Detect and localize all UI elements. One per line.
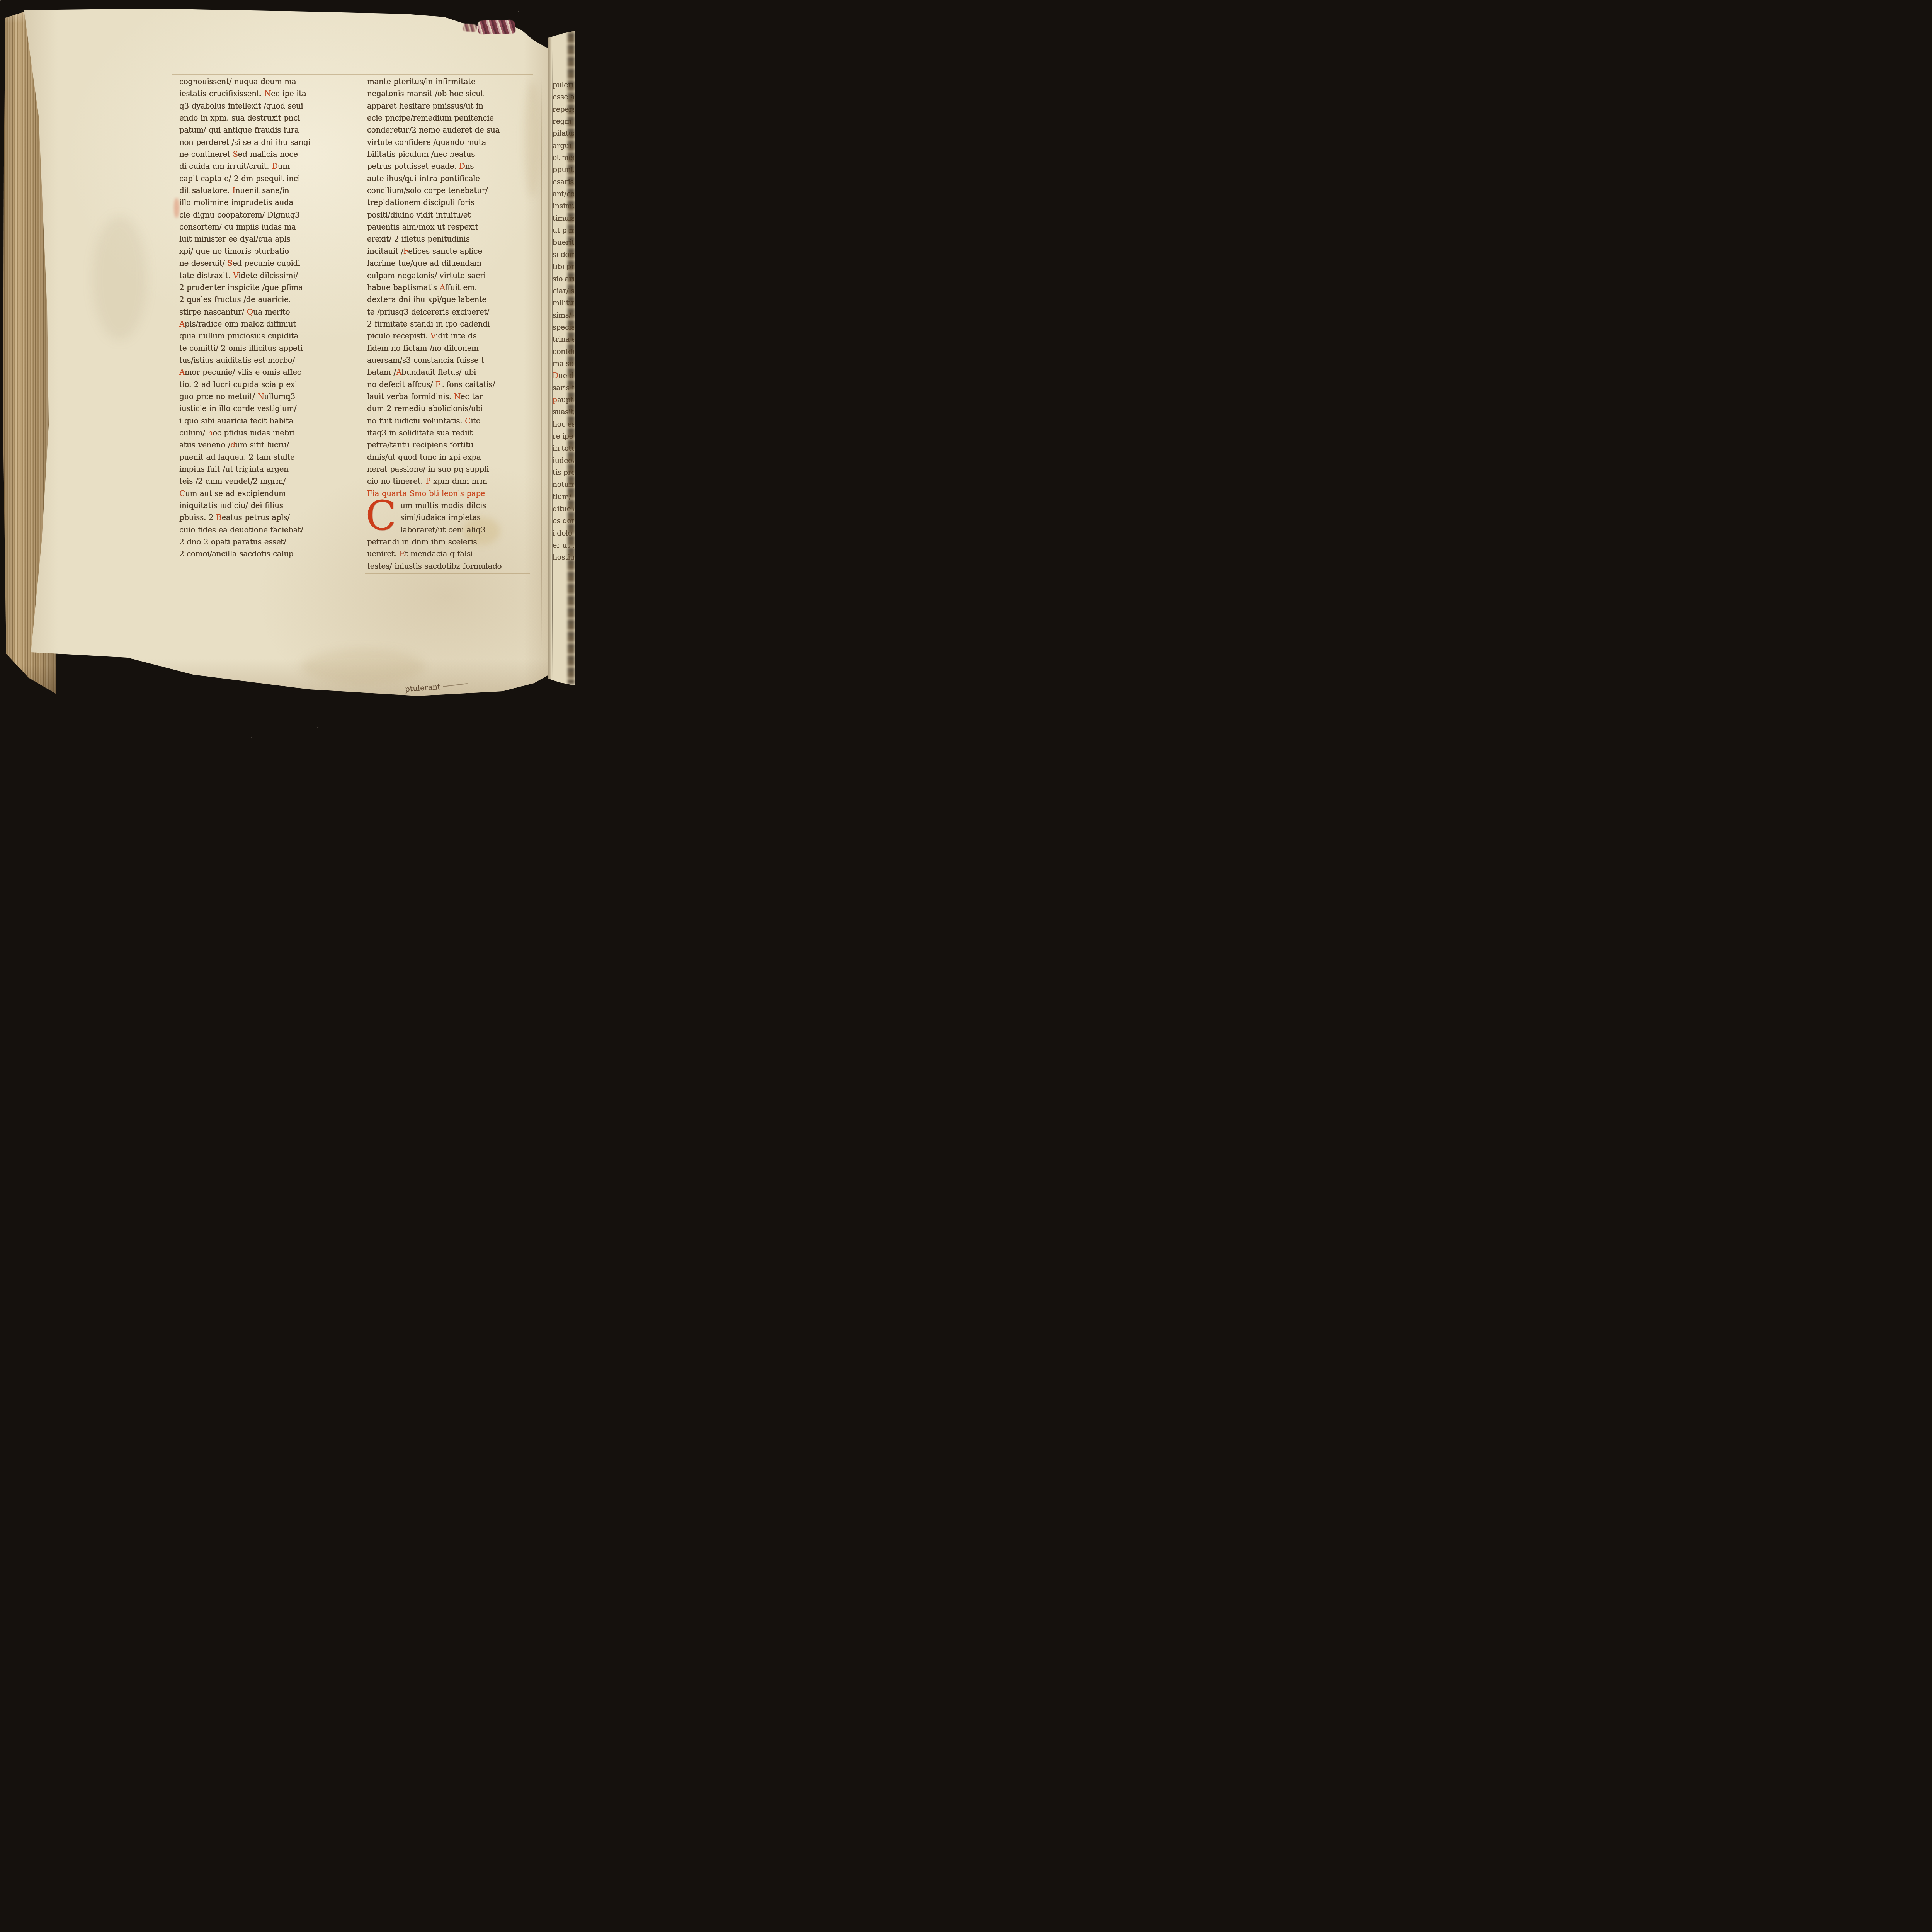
right-column-lines: mante pteritus/in infirmitatenegatonis m… bbox=[367, 76, 529, 488]
rubricated-letter: S bbox=[228, 259, 233, 268]
text-line: te /priusq3 deicereris exciperet/ bbox=[367, 306, 529, 318]
text-line: pauentis aim/mox ut respexit bbox=[367, 221, 529, 233]
rubricated-letter: A bbox=[440, 283, 445, 292]
text-line: ecie pncipe/remedium penitencie bbox=[367, 112, 529, 124]
text-line: endo in xpm. sua destruxit pnci bbox=[179, 112, 338, 124]
rubricated-letter: Q bbox=[247, 307, 253, 316]
text-line: te comitti/ 2 omis illicitus appeti bbox=[179, 342, 338, 354]
rubricated-letter: C bbox=[179, 489, 185, 498]
text-line: non perderet /si se a dni ihu sangi bbox=[179, 136, 338, 148]
text-line: virtute confidere /quando muta bbox=[367, 136, 529, 148]
bottom-stain bbox=[301, 649, 425, 684]
text-line: iusticie in illo corde vestigium/ bbox=[179, 403, 338, 415]
text-line: petrus potuisset euade. Dns bbox=[367, 160, 529, 172]
text-line: cie dignu coopatorem/ Dignuq3 bbox=[179, 209, 338, 221]
right-text-column: mante pteritus/in infirmitatenegatonis m… bbox=[367, 76, 529, 572]
rubricated-letter: A bbox=[179, 367, 185, 377]
text-line: consortem/ cu impiis iudas ma bbox=[179, 221, 338, 233]
rubricated-letter: A bbox=[179, 319, 185, 328]
text-line: luit minister ee dyal/qua apls bbox=[179, 233, 338, 245]
text-line: illo molimine imprudetis auda bbox=[179, 197, 338, 209]
text-line: xpi/ que no timoris pturbatio bbox=[179, 245, 338, 257]
text-line: impius fuit /ut triginta argen bbox=[179, 463, 338, 475]
rubricated-letter: D bbox=[553, 371, 558, 380]
text-line: lauit verba formidinis. Nec tar bbox=[367, 391, 529, 403]
text-line: iniquitatis iudiciu/ dei filius bbox=[179, 500, 338, 512]
page-gutter-shadow bbox=[552, 49, 553, 679]
text-line: batam /Abundauit fletus/ ubi bbox=[367, 366, 529, 378]
ruling-line-bottom-right bbox=[365, 573, 530, 574]
text-line: conderetur/2 nemo auderet de sua bbox=[367, 124, 529, 136]
text-line: tio. 2 ad lucri cupida scia p exi bbox=[179, 379, 338, 391]
manuscript-photo: cognouissent/ nuqua deum maiestatis cruc… bbox=[0, 0, 575, 743]
text-line: 2 dno 2 opati paratus esset/ bbox=[179, 536, 338, 548]
blurred-page-edges bbox=[568, 27, 575, 684]
text-line: incitauit /Felices sancte aplice bbox=[367, 245, 529, 257]
manuscript-page: cognouissent/ nuqua deum maiestatis cruc… bbox=[0, 0, 558, 701]
text-line: guo prce no metuit/ Nullumq3 bbox=[179, 391, 338, 403]
text-line: nerat passione/ in suo pq suppli bbox=[367, 463, 529, 475]
text-line: patum/ qui antique fraudis iura bbox=[179, 124, 338, 136]
text-line: cuio fides ea deuotione faciebat/ bbox=[179, 524, 338, 536]
text-line: q3 dyabolus intellexit /quod seui bbox=[179, 100, 338, 112]
text-line: no fuit iudiciu voluntatis. Cito bbox=[367, 415, 529, 427]
text-line: simi/iudaica impietas bbox=[400, 512, 529, 524]
text-line: pbuiss. 2 Beatus petrus apls/ bbox=[179, 512, 338, 524]
rubricated-letter: N bbox=[257, 392, 264, 401]
rubricated-letter: D bbox=[459, 162, 465, 171]
text-line: Apls/radice oim maloz diffiniut bbox=[179, 318, 338, 330]
text-line: aute ihus/qui intra pontificale bbox=[367, 173, 529, 185]
text-line: no defecit affcus/ Et fons caitatis/ bbox=[367, 379, 529, 391]
left-text-column: cognouissent/ nuqua deum maiestatis cruc… bbox=[179, 76, 338, 560]
rubricated-letter: h bbox=[208, 428, 213, 437]
text-line: auersam/s3 constancia fuisse t bbox=[367, 354, 529, 366]
text-line: habue baptismatis Affuit em. bbox=[367, 282, 529, 294]
text-line: dit saluatore. Inuenit sane/in bbox=[179, 185, 338, 197]
decorated-initial: C bbox=[366, 498, 396, 534]
rubricated-letter: F bbox=[403, 247, 408, 256]
rubricated-letter: I bbox=[232, 186, 235, 195]
text-line: positi/diuino vidit intuitu/et bbox=[367, 209, 529, 221]
text-line: laboraret/ut ceni aliq3 bbox=[400, 524, 529, 536]
left-stain bbox=[93, 216, 147, 340]
text-line: tate distraxit. Videte dilcissimi/ bbox=[179, 270, 338, 282]
text-line: stirpe nascantur/ Qua merito bbox=[179, 306, 338, 318]
text-line: ueniret. Et mendacia q falsi bbox=[367, 548, 529, 560]
rubricated-letter: N bbox=[454, 392, 461, 401]
rubricated-letter: N bbox=[264, 89, 271, 98]
text-line: bilitatis piculum /nec beatus bbox=[367, 148, 529, 160]
text-line: ne contineret Sed malicia noce bbox=[179, 148, 338, 160]
text-line: um multis modis dilcis bbox=[400, 500, 529, 512]
text-line: dextera dni ihu xpi/que labente bbox=[367, 294, 529, 306]
text-line: culum/ hoc pfidus iudas inebri bbox=[179, 427, 338, 439]
rubricated-letter: E bbox=[400, 549, 405, 558]
text-line: Amor pecunie/ vilis e omis affec bbox=[179, 366, 338, 378]
rubricated-letter: V bbox=[430, 331, 436, 340]
text-line: cio no timeret. P xpm dnm nrm bbox=[367, 475, 529, 487]
rubricated-letter: C bbox=[465, 416, 471, 425]
text-line: testes/ iniustis sacdotibz formulado bbox=[367, 560, 529, 572]
rubricated-letter: P bbox=[425, 476, 430, 486]
text-line: culpam negatonis/ virtute sacri bbox=[367, 270, 529, 282]
text-line: puenit ad laqueu. 2 tam stulte bbox=[179, 451, 338, 463]
text-line: atus veneno /dum sitit lucru/ bbox=[179, 439, 338, 451]
text-line: piculo recepisti. Vidit inte ds bbox=[367, 330, 529, 342]
rubricated-letter: D bbox=[272, 162, 278, 171]
text-line: teis /2 dnm vendet/2 mgrm/ bbox=[179, 475, 338, 487]
text-line: concilium/solo corpe tenebatur/ bbox=[367, 185, 529, 197]
text-line: 2 prudenter inspicite /que pfima bbox=[179, 282, 338, 294]
text-line: lacrime tue/que ad diluendam bbox=[367, 257, 529, 269]
text-line: dum 2 remediu abolicionis/ubi bbox=[367, 403, 529, 415]
catchword: ptulerant bbox=[405, 682, 440, 694]
ruling-line-left-column-left bbox=[179, 58, 179, 576]
marbled-headband-small bbox=[463, 24, 477, 32]
text-line: cognouissent/ nuqua deum ma bbox=[179, 76, 338, 88]
text-line: quia nullum pniciosius cupidita bbox=[179, 330, 338, 342]
marbled-headband bbox=[477, 19, 515, 34]
text-line: trepidationem discipuli foris bbox=[367, 197, 529, 209]
text-line: 2 quales fructus /de auaricie. bbox=[179, 294, 338, 306]
ruling-line-top bbox=[172, 74, 533, 75]
text-line: mante pteritus/in infirmitate bbox=[367, 76, 529, 88]
initial-block: C um multis modis dilcissimi/iudaica imp… bbox=[367, 500, 529, 536]
text-line: capit capta e/ 2 dm psequit inci bbox=[179, 173, 338, 185]
rubricated-letter: A bbox=[396, 367, 401, 377]
text-line: i quo sibi auaricia fecit habita bbox=[179, 415, 338, 427]
rubricated-letter: S bbox=[233, 150, 238, 159]
text-line: iestatis crucifixissent. Nec ipe ita bbox=[179, 88, 338, 100]
dust-specks bbox=[0, 0, 1, 1]
text-line: ne deseruit/ Sed pecunie cupidi bbox=[179, 257, 338, 269]
text-line: petra/tantu recipiens fortitu bbox=[367, 439, 529, 451]
text-line: dmis/ut quod tunc in xpi expa bbox=[367, 451, 529, 463]
text-line: itaq3 in soliditate sua rediit bbox=[367, 427, 529, 439]
text-line: tus/istius auiditatis est morbo/ bbox=[179, 354, 338, 366]
text-line: erexit/ 2 ifletus penitudinis bbox=[367, 233, 529, 245]
rubricated-letter: d bbox=[230, 440, 235, 449]
rubricated-letter: B bbox=[216, 513, 221, 522]
rubricated-letter: E bbox=[435, 380, 441, 389]
text-line: 2 firmitate standi in ipo cadendi bbox=[367, 318, 529, 330]
text-line: negatonis mansit /ob hoc sicut bbox=[367, 88, 529, 100]
rubricated-letter: V bbox=[233, 271, 238, 280]
text-line: 2 comoi/ancilla sacdotis calup bbox=[179, 548, 338, 560]
text-line: di cuida dm irruit/cruit. Dum bbox=[179, 160, 338, 172]
initial-indented-lines: um multis modis dilcissimi/iudaica impie… bbox=[400, 500, 529, 536]
page-crease bbox=[541, 77, 542, 649]
tail-lines: petrandi in dnm ihm scelerisueniret. Et … bbox=[367, 536, 529, 572]
catchword-flourish bbox=[443, 683, 468, 687]
rubricated-letter: p bbox=[553, 396, 557, 404]
text-line: apparet hesitare pmissus/ut in bbox=[367, 100, 529, 112]
text-line: fidem no fictam /no dilconem bbox=[367, 342, 529, 354]
text-line: Cum aut se ad excipiendum bbox=[179, 488, 338, 500]
